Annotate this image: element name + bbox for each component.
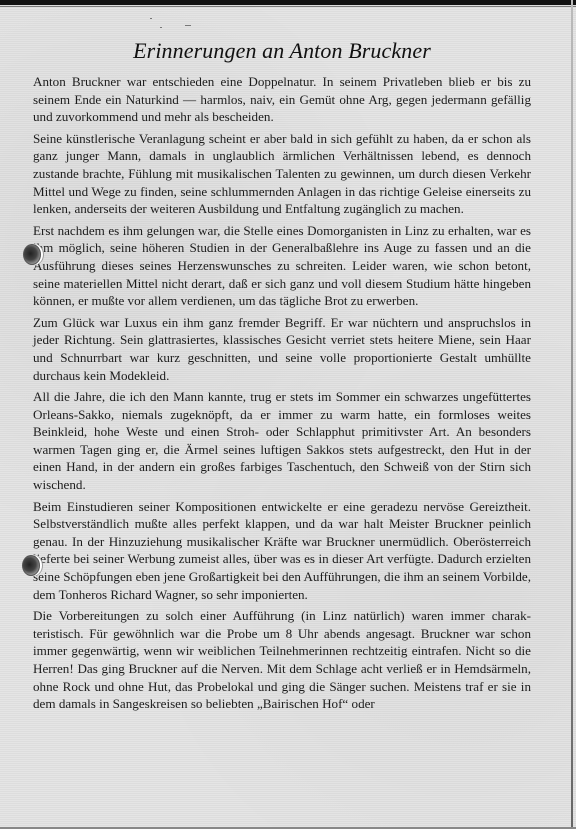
- paragraph-vorbereitungen: Die Vorbereitungen zu solch einer Auffüh…: [33, 607, 531, 713]
- scan-right-edge: [571, 0, 573, 829]
- paragraph-doppelnatur: Anton Bruckner war entschieden eine Dopp…: [33, 73, 531, 126]
- hole-punch-icon: [23, 244, 41, 265]
- paragraph-domorganist: Erst nachdem es ihm gelungen war, die St…: [33, 222, 531, 310]
- scan-top-border-line: [0, 6, 576, 7]
- scan-speck: [185, 25, 191, 26]
- document-page: Erinnerungen an Anton Bruckner Anton Bru…: [33, 38, 531, 717]
- paragraph-luxus: Zum Glück war Luxus ein ihm ganz fremder…: [33, 314, 531, 384]
- paragraph-kleidung: All die Jahre, die ich den Mann kannte, …: [33, 388, 531, 494]
- paragraph-einstudieren: Beim Einstudieren seiner Kompositionen e…: [33, 498, 531, 604]
- paragraph-veranlagung: Seine künstlerische Veranlagung scheint …: [33, 130, 531, 218]
- hole-punch-icon: [22, 555, 40, 576]
- scan-speck: [160, 27, 162, 28]
- scan-top-border: [0, 0, 576, 5]
- scan-speck: [150, 18, 152, 19]
- document-title: Erinnerungen an Anton Bruckner: [33, 38, 531, 64]
